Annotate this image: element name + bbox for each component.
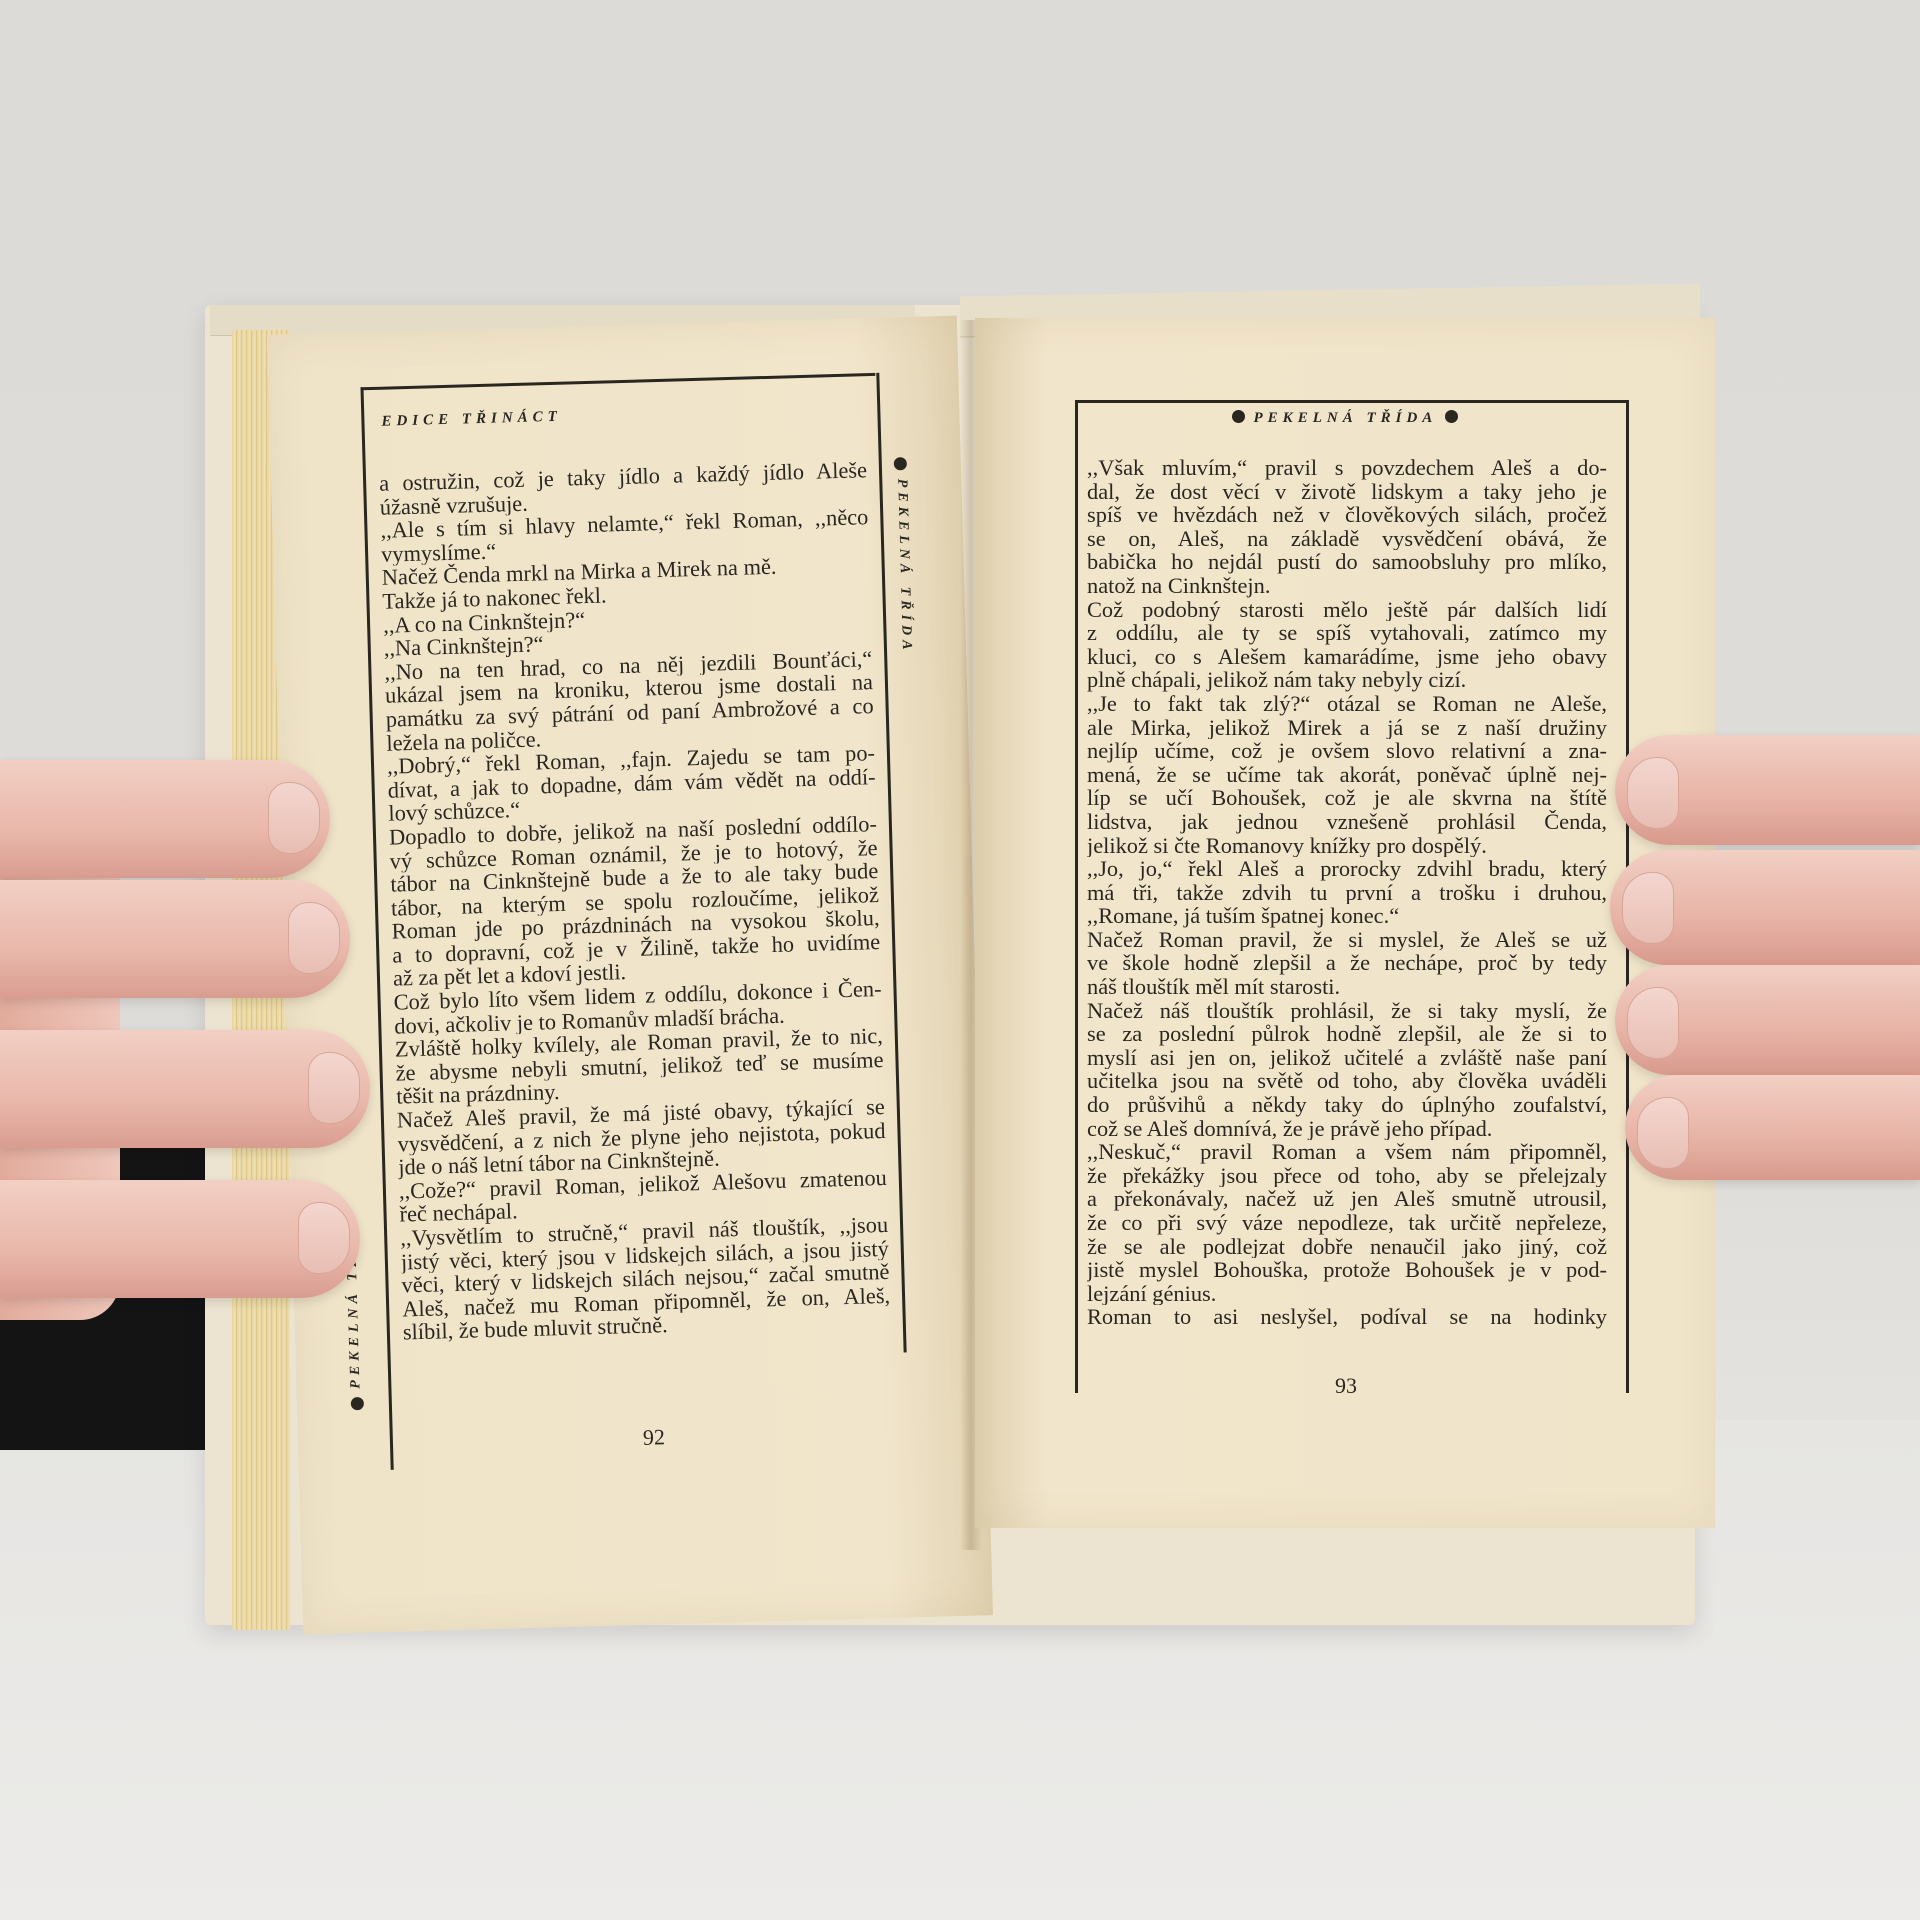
bullet-dot-icon: [351, 1397, 364, 1410]
text-line: nejlíp učíme, což je ovšem slovo relativ…: [1087, 739, 1607, 763]
right-hand-finger: [1610, 850, 1920, 965]
text-line: do průšvihů a někdy taky do úplnýho zouf…: [1087, 1093, 1607, 1117]
margin-label-text: PEKELNÁ TŘÍDA: [894, 479, 914, 655]
bullet-dot-icon: [893, 457, 906, 470]
text-line: kluci, co s Alešem kamarádíme, jsme jeho…: [1087, 645, 1607, 669]
text-line: jistě myslel Bohouška, protože Bohoušek …: [1087, 1258, 1607, 1282]
left-hand-finger: [0, 880, 350, 998]
text-line: natož na Cinknštejn.: [1087, 574, 1607, 598]
page-number-left: 92: [643, 1424, 666, 1451]
running-head-right: PEKELNÁ TŘÍDA: [975, 410, 1715, 427]
page-number-right: 93: [1335, 1373, 1357, 1399]
text-line: náš tlouštík měl mít starosti.: [1087, 975, 1607, 999]
left-page: EDICE TŘINÁCT PEKELNÁ TŘÍDA PEKELNÁ TŘÍD…: [267, 316, 993, 1635]
text-line: Načež Roman pravil, že si myslel, že Ale…: [1087, 928, 1607, 952]
text-line: že co při svý váze nepodleze, tak určitě…: [1087, 1211, 1607, 1235]
fingernail: [288, 902, 340, 974]
left-hand-finger: [0, 760, 330, 878]
text-line: lejzání génius.: [1087, 1282, 1607, 1306]
text-line: ,,Jo, jo,“ řekl Aleš a prorocky zdvihl b…: [1087, 857, 1607, 881]
text-line: což se Aleš domnívá, že je právě jeho př…: [1087, 1117, 1607, 1141]
text-line: myslí asi jen on, jelikož učitelé a zvlá…: [1087, 1046, 1607, 1070]
text-line: lidstva, jak jednou vznešeně prohlásil Č…: [1087, 810, 1607, 834]
text-line: ,,Romane, já tuším špatnej konec.“: [1087, 904, 1607, 928]
body-text-right: ,,Však mluvím,“ pravil s povzdechem Aleš…: [1087, 456, 1607, 1329]
fingernail: [1637, 1097, 1689, 1169]
fingernail: [1622, 872, 1674, 944]
text-line: ve škole hodně zlepšil a že nechápe, pro…: [1087, 951, 1607, 975]
fingernail: [1627, 757, 1679, 829]
text-line: Roman to asi neslyšel, podíval se na hod…: [1087, 1305, 1607, 1329]
right-page: PEKELNÁ TŘÍDA ,,Však mluvím,“ pravil s p…: [975, 318, 1715, 1528]
text-line: spíš ve hvězdách než v člověkových silác…: [1087, 503, 1607, 527]
text-line: Což podobný starosti mělo ještě pár dalš…: [1087, 598, 1607, 622]
text-line: mená, že se učíme tak akorát, poněvač úp…: [1087, 763, 1607, 787]
bullet-dot-icon: [1232, 410, 1245, 423]
bullet-dot-icon: [1445, 410, 1458, 423]
text-line: z oddílu, ale ty se spíš vytahovali, zat…: [1087, 621, 1607, 645]
text-line: učitelka jsou na světě od toho, aby člov…: [1087, 1069, 1607, 1093]
text-line: se za poslední půlrok hodně zlepšil, ale…: [1087, 1022, 1607, 1046]
text-line: se on, Aleš, na základě vysvědčení obává…: [1087, 527, 1607, 551]
text-line: ,,Je to fakt tak zlý?“ otázal se Roman n…: [1087, 692, 1607, 716]
text-line: že překážky jsou přece od toho, aby se p…: [1087, 1164, 1607, 1188]
text-line: líp se učí Bohoušek, což je ale skvrna n…: [1087, 786, 1607, 810]
text-line: babička ho nejdál pustí do samoobsluhy p…: [1087, 550, 1607, 574]
text-line: že se ale podlejzat dobře nenaučil jako …: [1087, 1235, 1607, 1259]
text-line: ale Mirka, jelikož Mirek a já se z naší …: [1087, 716, 1607, 740]
fingernail: [308, 1052, 360, 1124]
right-hand-finger: [1625, 1075, 1920, 1180]
left-hand-finger: [0, 1030, 370, 1148]
right-hand-finger: [1615, 735, 1920, 845]
text-line: dal, že dost věcí v životě lidskym a tak…: [1087, 480, 1607, 504]
margin-label-right: PEKELNÁ TŘÍDA: [893, 457, 915, 655]
left-hand-finger: [0, 1180, 360, 1298]
fingernail: [298, 1202, 350, 1274]
running-head-text: PEKELNÁ TŘÍDA: [1254, 410, 1437, 426]
text-line: jelikož si čte Romanovy knížky pro dospě…: [1087, 834, 1607, 858]
body-text-left: a ostružin, což je taky jídlo a každý jí…: [379, 458, 891, 1344]
right-hand-finger: [1615, 965, 1920, 1075]
text-line: má tři, takže zdvih tu první a trošku i …: [1087, 881, 1607, 905]
text-line: ,,Však mluvím,“ pravil s povzdechem Aleš…: [1087, 456, 1607, 480]
text-line: ,,Neskuč,“ pravil Roman a všem nám připo…: [1087, 1140, 1607, 1164]
fingernail: [1627, 987, 1679, 1059]
text-line: Načež náš tlouštík prohlásil, že si taky…: [1087, 999, 1607, 1023]
text-line: plně chápali, jelikož nám taky nebyly ci…: [1087, 668, 1607, 692]
text-line: a překonávaly, načež už jen Aleš smutně …: [1087, 1187, 1607, 1211]
fingernail: [268, 782, 320, 854]
